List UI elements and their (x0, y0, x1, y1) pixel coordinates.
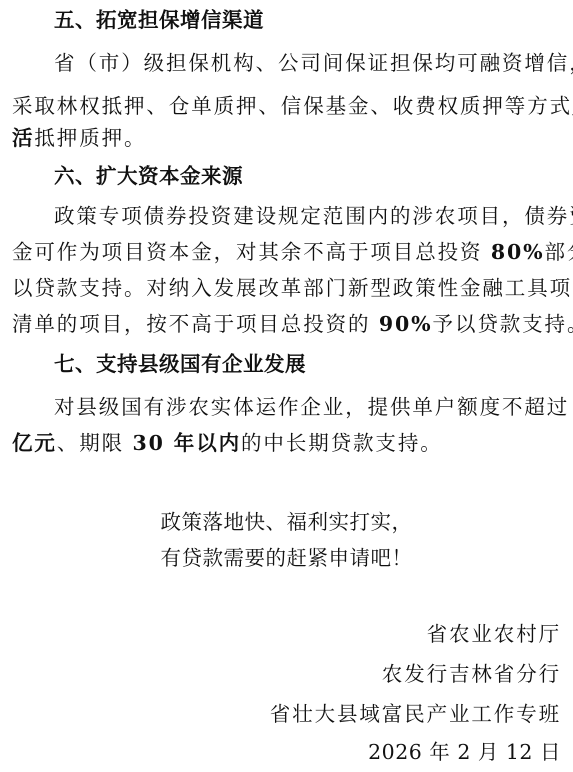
section-7-heading: 七、支持县级国有企业发展 (54, 352, 306, 376)
text: 以贷款支持。对纳入发展改革部门新型政策性金融工具项目 (12, 276, 573, 300)
text: 予以贷款支持。 (433, 312, 573, 336)
section-6-paragraph-line-2: 金可作为项目资本金，对其余不高于项目总投资 80%部分予 (12, 240, 573, 264)
text: 抵押质押。 (34, 126, 146, 150)
section-6-paragraph-line-4: 清单的项目，按不高于项目总投资的 90%予以贷款支持。 (12, 312, 573, 336)
section-7-paragraph-line-1: 对县级国有涉农实体运作企业，提供单户额度不超过 5 (54, 395, 573, 419)
text: 采取林权抵押、仓单质押、信保基金、收费权质押等方式 (12, 94, 572, 118)
bold-text: 亿元 (12, 431, 57, 455)
text: 清单的项目，按不高于项目总投资的 (12, 312, 379, 336)
text: 对县级国有涉农实体运作企业，提供单户额度不超过 (54, 395, 573, 419)
text: 省（市）级担保机构、公司间保证担保均可融资增信， (54, 51, 573, 75)
text: 金可作为项目资本金，对其余不高于项目总投资 (12, 240, 491, 264)
text: 的中长期贷款支持。 (241, 431, 443, 455)
signature-org-3: 省壮大县域富民产业工作专班 (270, 702, 561, 726)
text: 政策专项债券投资建设规定范围内的涉农项目，债券资 (54, 204, 573, 228)
section-5-paragraph-line-1: 省（市）级担保机构、公司间保证担保均可融资增信， (54, 51, 573, 75)
signature-date: 2026 年 2 月 12 日 (368, 740, 561, 764)
section-5-paragraph-line-3: 活抵押质押。 (12, 126, 146, 150)
section-5-heading: 五、拓宽担保增信渠道 (54, 8, 264, 32)
bold-percent: 80% (491, 240, 545, 264)
section-7-paragraph-line-2: 亿元、期限 30 年以内的中长期贷款支持。 (12, 431, 443, 455)
bold-text: 30 年以内 (132, 431, 241, 455)
slogan-line-1: 政策落地快、福利实打实， (0, 510, 573, 534)
section-6-paragraph-line-3: 以贷款支持。对纳入发展改革部门新型政策性金融工具项目 (12, 276, 573, 300)
bold-percent: 90% (379, 312, 433, 336)
section-6-heading: 六、扩大资本金来源 (54, 164, 243, 188)
signature-org-1: 省农业农村厅 (427, 622, 561, 646)
text: 、期限 (57, 431, 133, 455)
slogan-line-2: 有贷款需要的赶紧申请吧！ (0, 546, 573, 570)
signature-org-2: 农发行吉林省分行 (382, 662, 561, 686)
section-5-paragraph-line-2: 采取林权抵押、仓单质押、信保基金、收费权质押等方式灵 (12, 94, 573, 118)
bold-text: 活 (12, 126, 34, 150)
section-6-paragraph-line-1: 政策专项债券投资建设规定范围内的涉农项目，债券资 (54, 204, 573, 228)
text: 部分予 (545, 240, 573, 264)
